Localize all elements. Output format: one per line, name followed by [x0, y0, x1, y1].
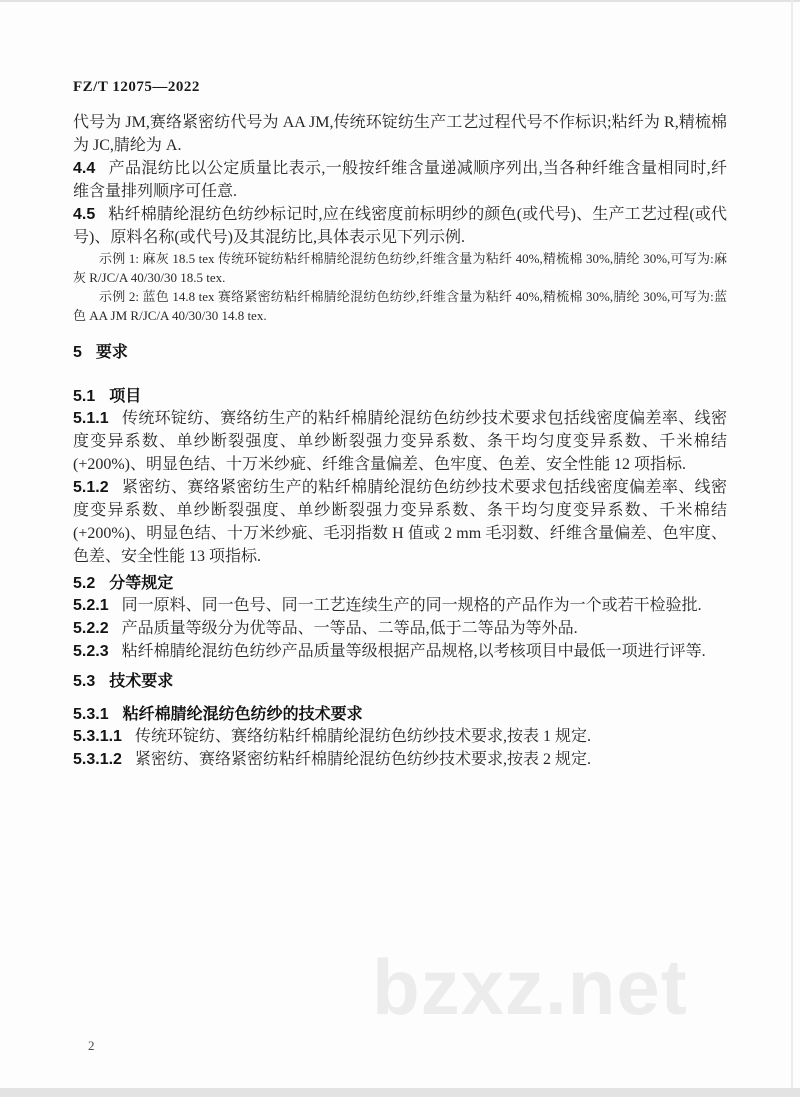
heading-5-2: 5.2分等规定 — [73, 574, 727, 594]
clause-text: 产品质量等级分为优等品、一等品、二等品,低于二等品为等外品. — [122, 620, 578, 637]
heading-5-3-1: 5.3.1粘纤棉腈纶混纺色纺纱的技术要求 — [73, 705, 727, 725]
clause-5-2-3: 5.2.3粘纤棉腈纶混纺色纺纱产品质量等级根据产品规格,以考核项目中最低一项进行… — [73, 640, 727, 663]
page-number: 2 — [88, 1038, 95, 1054]
clause-text: 紧密纺、赛络紧密纺生产的粘纤棉腈纶混纺色纺纱技术要求包括线密度偏差率、线密度变异… — [73, 479, 727, 565]
heading-label: 分等规定 — [109, 575, 173, 592]
clause-5-2-1: 5.2.1同一原料、同一色号、同一工艺连续生产的同一规格的产品作为一个或若干检验… — [73, 594, 727, 617]
clause-text: 粘纤棉腈纶混纺色纺纱标记时,应在线密度前标明纱的颜色(或代号)、生产工艺过程(或… — [73, 206, 727, 246]
heading-label: 项目 — [109, 388, 141, 405]
clause-text: 粘纤棉腈纶混纺色纺纱产品质量等级根据产品规格,以考核项目中最低一项进行评等. — [122, 643, 706, 660]
clause-text: 同一原料、同一色号、同一工艺连续生产的同一规格的产品作为一个或若干检验批. — [122, 597, 702, 614]
heading-number: 5.1 — [73, 388, 95, 405]
clause-number: 5.1.2 — [73, 479, 109, 496]
standard-code: FZ/T 12075—2022 — [73, 80, 727, 95]
clause-number: 5.1.1 — [73, 410, 109, 427]
document-page: FZ/T 12075—2022 代号为 JM,赛络紧密纺代号为 AA JM,传统… — [73, 80, 727, 771]
page-edge-right — [791, 0, 793, 1097]
clause-number: 4.5 — [73, 206, 95, 223]
heading-number: 5.2 — [73, 575, 95, 592]
heading-5: 5要求 — [73, 343, 727, 363]
heading-label: 技术要求 — [109, 673, 173, 690]
page-edge-bottom-shadow — [0, 1088, 800, 1097]
clause-5-1-1: 5.1.1传统环锭纺、赛络纺生产的粘纤棉腈纶混纺色纺纱技术要求包括线密度偏差率、… — [73, 407, 727, 476]
clause-number: 5.3.1.1 — [73, 728, 122, 745]
clause-5-1-2: 5.1.2紧密纺、赛络紧密纺生产的粘纤棉腈纶混纺色纺纱技术要求包括线密度偏差率、… — [73, 476, 727, 568]
heading-5-3: 5.3技术要求 — [73, 672, 727, 692]
paragraph-intro-continuation: 代号为 JM,赛络紧密纺代号为 AA JM,传统环锭纺生产工艺过程代号不作标识;… — [73, 111, 727, 157]
clause-number: 4.4 — [73, 160, 95, 177]
site-watermark: bzxz.net — [372, 948, 688, 1026]
clause-text: 传统环锭纺、赛络纺粘纤棉腈纶混纺色纺纱技术要求,按表 1 规定. — [135, 728, 591, 745]
clause-5-3-1-2: 5.3.1.2紧密纺、赛络紧密纺粘纤棉腈纶混纺色纺纱技术要求,按表 2 规定. — [73, 748, 727, 771]
heading-5-1: 5.1项目 — [73, 387, 727, 407]
clause-text: 紧密纺、赛络紧密纺粘纤棉腈纶混纺色纺纱技术要求,按表 2 规定. — [135, 751, 591, 768]
paragraph-text: 代号为 JM,赛络紧密纺代号为 AA JM,传统环锭纺生产工艺过程代号不作标识;… — [73, 114, 727, 154]
example-1: 示例 1: 麻灰 18.5 tex 传统环锭纺粘纤棉腈纶混纺色纺纱,纤维含量为粘… — [73, 249, 727, 287]
page-edge-top — [0, 0, 800, 2]
clause-number: 5.2.3 — [73, 643, 109, 660]
clause-5-2-2: 5.2.2产品质量等级分为优等品、一等品、二等品,低于二等品为等外品. — [73, 617, 727, 640]
clause-5-3-1-1: 5.3.1.1传统环锭纺、赛络纺粘纤棉腈纶混纺色纺纱技术要求,按表 1 规定. — [73, 725, 727, 748]
clause-number: 5.2.2 — [73, 620, 109, 637]
clause-text: 产品混纺比以公定质量比表示,一般按纤维含量递减顺序列出,当各种纤维含量相同时,纤… — [73, 160, 727, 200]
heading-number: 5 — [73, 344, 82, 361]
clause-4-5: 4.5粘纤棉腈纶混纺色纺纱标记时,应在线密度前标明纱的颜色(或代号)、生产工艺过… — [73, 203, 727, 249]
clause-4-4: 4.4产品混纺比以公定质量比表示,一般按纤维含量递减顺序列出,当各种纤维含量相同… — [73, 157, 727, 203]
heading-number: 5.3 — [73, 673, 95, 690]
clause-text: 传统环锭纺、赛络纺生产的粘纤棉腈纶混纺色纺纱技术要求包括线密度偏差率、线密度变异… — [73, 410, 727, 473]
clause-number: 5.3.1.2 — [73, 751, 122, 768]
heading-label: 粘纤棉腈纶混纺色纺纱的技术要求 — [123, 706, 363, 723]
clause-number: 5.2.1 — [73, 597, 109, 614]
heading-label: 要求 — [96, 344, 128, 361]
heading-number: 5.3.1 — [73, 706, 109, 723]
example-2: 示例 2: 蓝色 14.8 tex 赛络紧密纺粘纤棉腈纶混纺色纺纱,纤维含量为粘… — [73, 287, 727, 325]
